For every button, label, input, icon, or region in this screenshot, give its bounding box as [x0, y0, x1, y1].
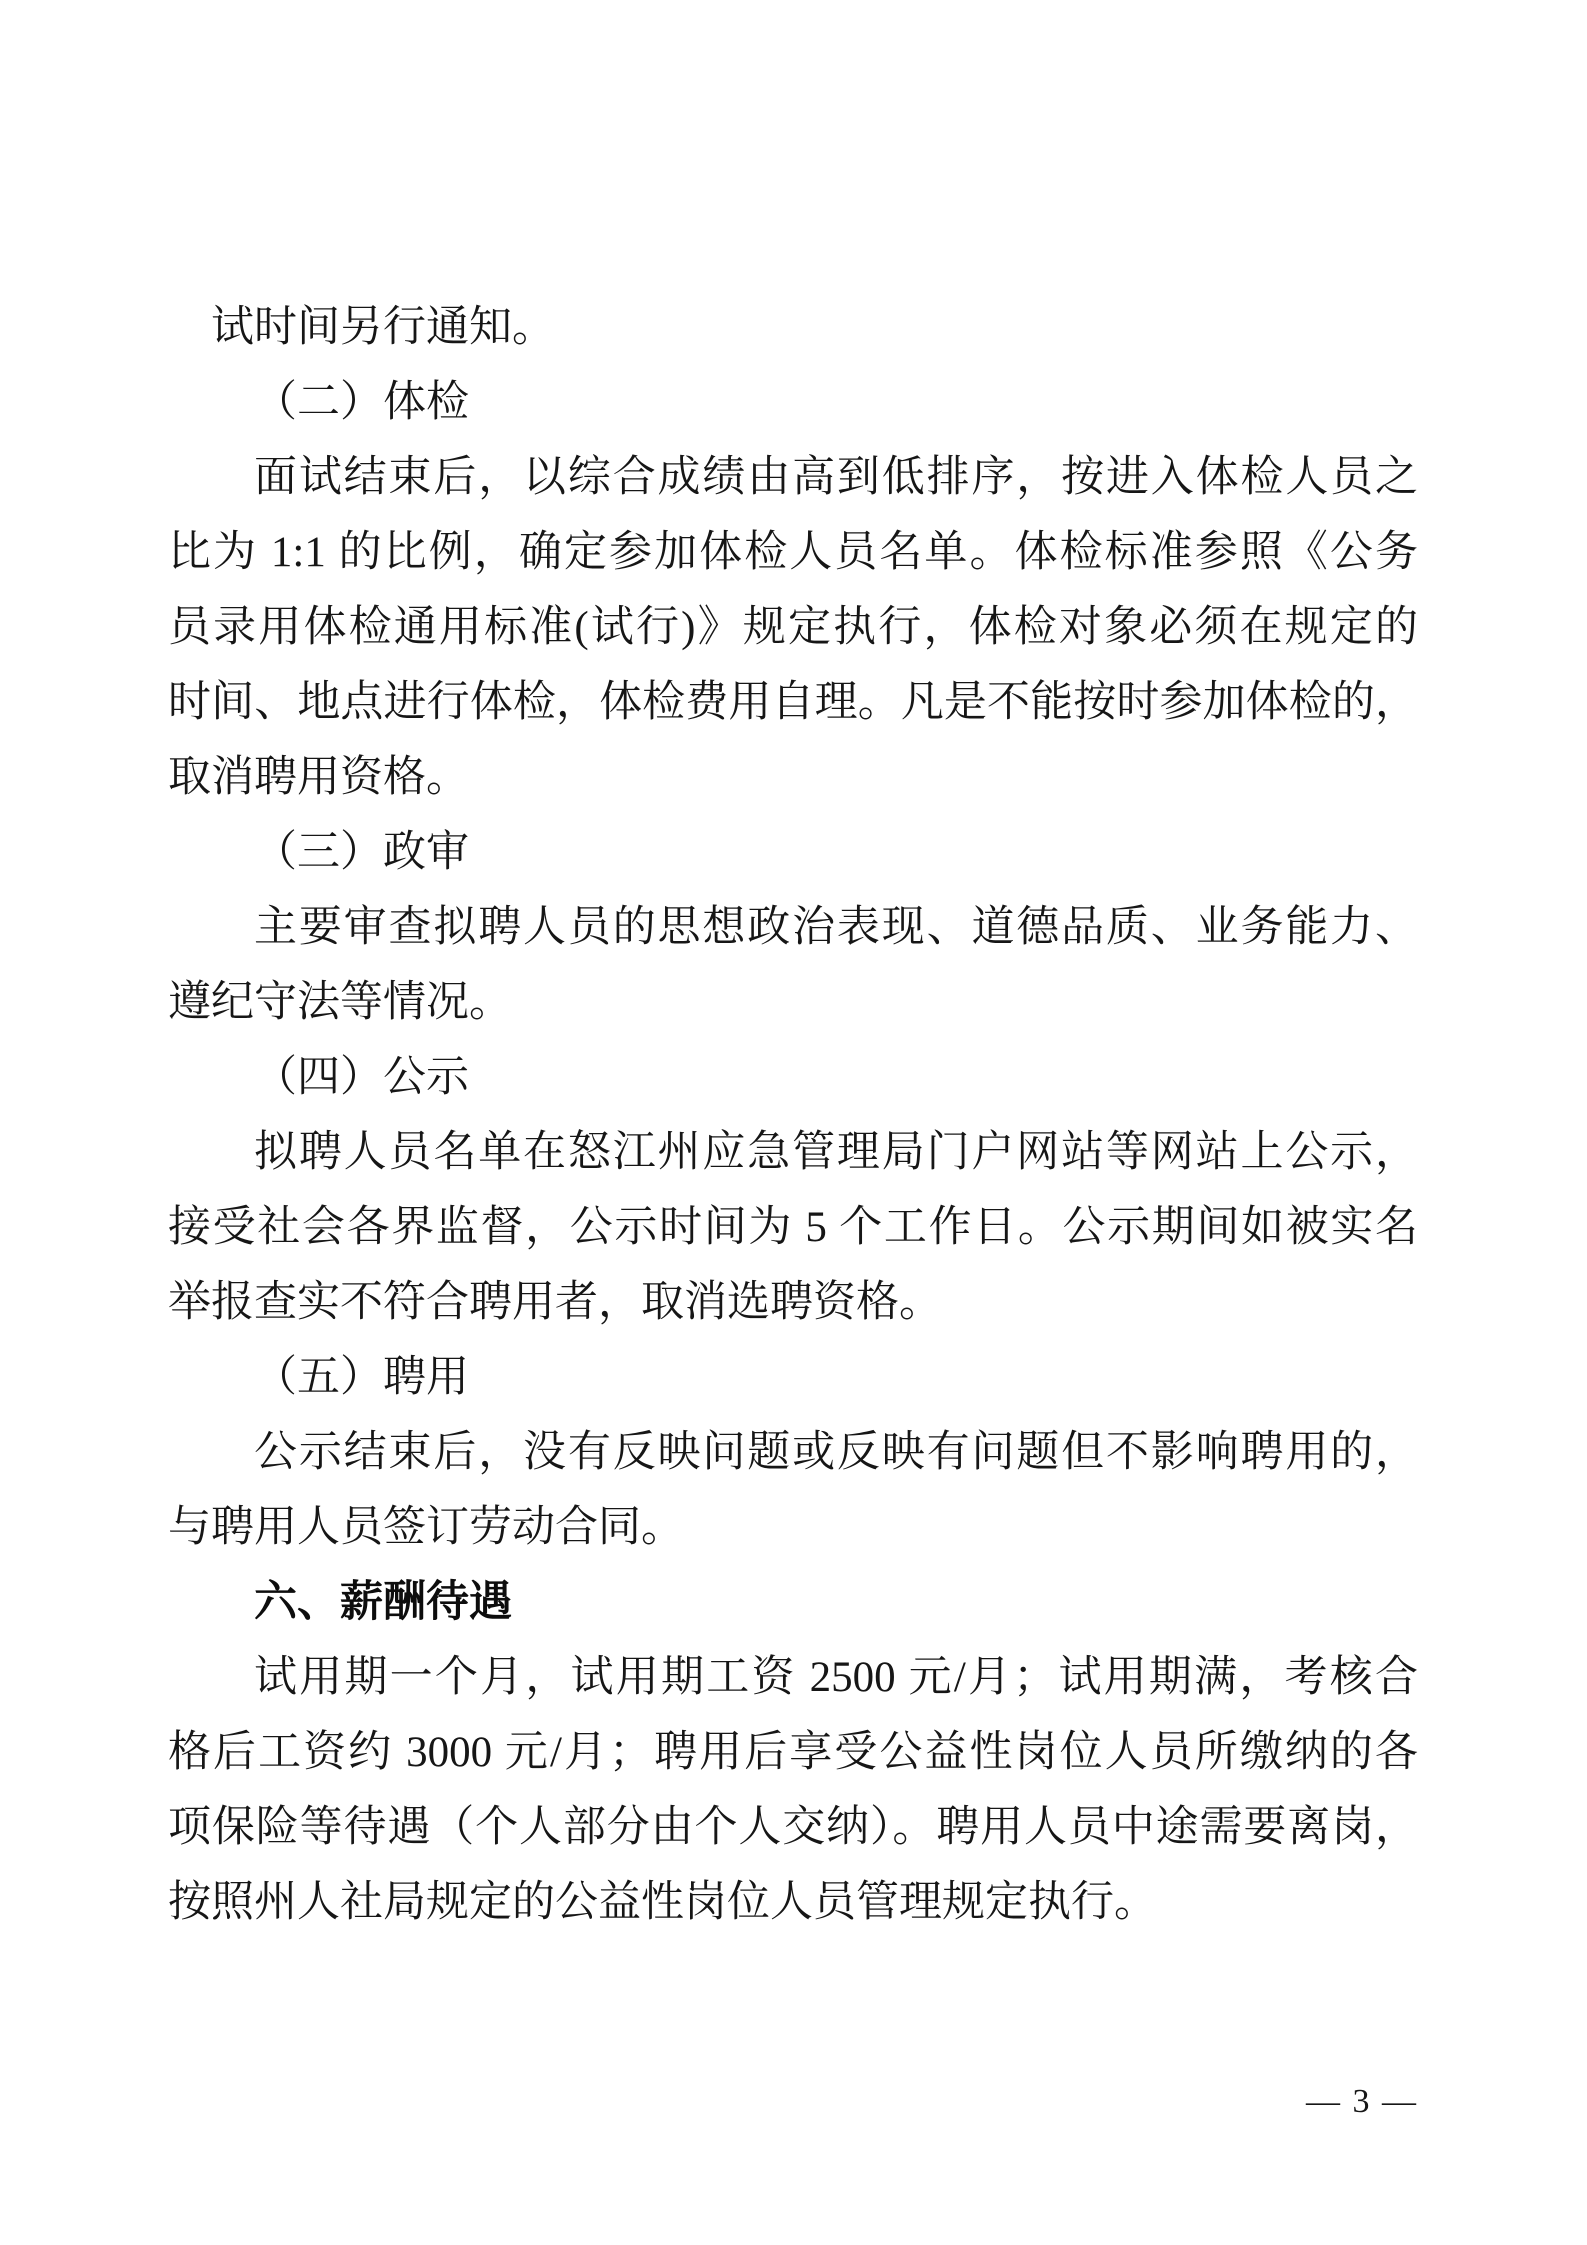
document-line: 主要审查拟聘人员的思想政治表现、道德品质、业务能力、 [168, 890, 1418, 965]
document-line: 试用期一个月，试用期工资 2500 元/月；试用期满，考核合 [168, 1640, 1418, 1715]
document-line: 时间、地点进行体检，体检费用自理。凡是不能按时参加体检的， [168, 665, 1418, 740]
document-line: 举报查实不符合聘用者，取消选聘资格。 [168, 1265, 1418, 1340]
document-page: 试时间另行通知。（二）体检面试结束后，以综合成绩由高到低排序，按进入体检人员之比… [0, 0, 1587, 2245]
page-footer: — 3 — [168, 2080, 1418, 2124]
subsection-heading: （二）体检 [168, 365, 1418, 440]
document-line: 取消聘用资格。 [168, 740, 1418, 815]
section-heading: 六、薪酬待遇 [168, 1565, 1418, 1640]
document-line: 比为 1:1 的比例，确定参加体检人员名单。体检标准参照《公务 [168, 515, 1418, 590]
document-line: 拟聘人员名单在怒江州应急管理局门户网站等网站上公示， [168, 1115, 1418, 1190]
document-line: 面试结束后，以综合成绩由高到低排序，按进入体检人员之 [168, 440, 1418, 515]
subsection-heading: （三）政审 [168, 815, 1418, 890]
document-line: 按照州人社局规定的公益性岗位人员管理规定执行。 [168, 1865, 1418, 1940]
document-line: 公示结束后，没有反映问题或反映有问题但不影响聘用的， [168, 1415, 1418, 1490]
document-line: 试时间另行通知。 [168, 290, 1418, 365]
document-line: 接受社会各界监督，公示时间为 5 个工作日。公示期间如被实名 [168, 1190, 1418, 1265]
document-line: 与聘用人员签订劳动合同。 [168, 1490, 1418, 1565]
document-line: 项保险等待遇（个人部分由个人交纳）。聘用人员中途需要离岗， [168, 1790, 1418, 1865]
subsection-heading: （五）聘用 [168, 1340, 1418, 1415]
document-line: 员录用体检通用标准(试行)》规定执行，体检对象必须在规定的 [168, 590, 1418, 665]
document-body: 试时间另行通知。（二）体检面试结束后，以综合成绩由高到低排序，按进入体检人员之比… [168, 290, 1418, 1940]
document-line: 格后工资约 3000 元/月；聘用后享受公益性岗位人员所缴纳的各 [168, 1715, 1418, 1790]
subsection-heading: （四）公示 [168, 1040, 1418, 1115]
document-line: 遵纪守法等情况。 [168, 965, 1418, 1040]
page-number: — 3 — [1306, 2083, 1418, 2120]
